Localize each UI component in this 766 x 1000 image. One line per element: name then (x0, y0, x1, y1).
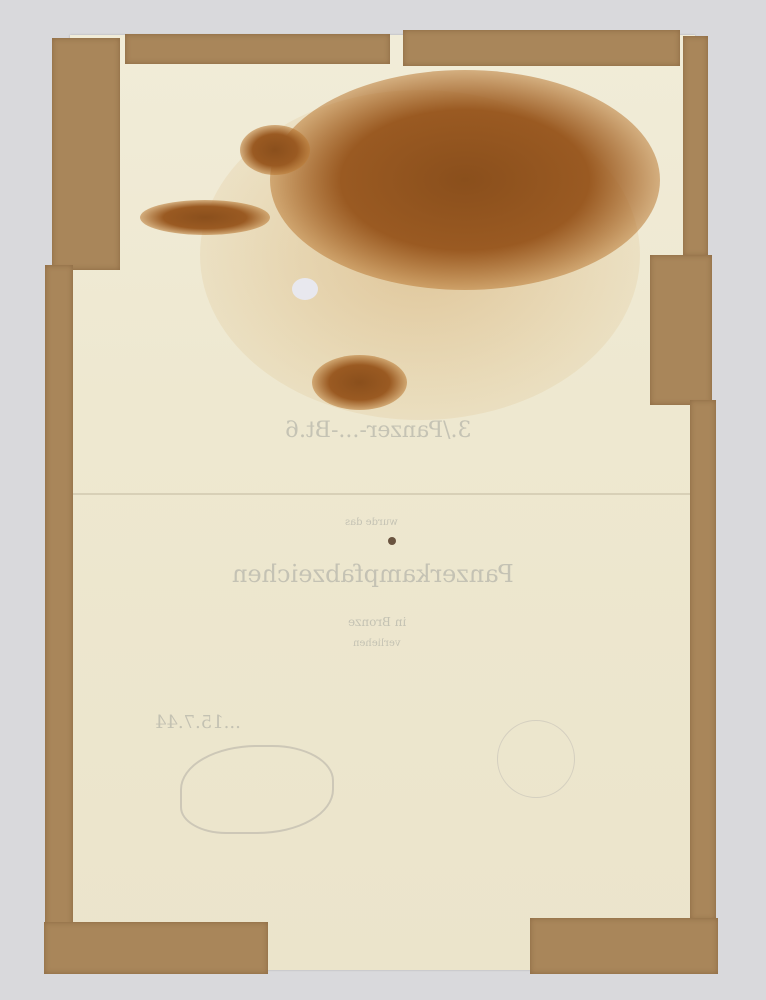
awarded-line: wurde das (345, 517, 398, 528)
tape-bottom-left (44, 922, 268, 974)
stain-left (140, 200, 270, 235)
hole (292, 278, 318, 300)
tape-right-top (683, 36, 708, 256)
tape-bottom-right (530, 918, 718, 974)
tape-right-lower (690, 400, 716, 920)
tape-left-lower (45, 265, 73, 965)
stain-small-top (240, 125, 310, 175)
award-title: Panzerkampfabzeichen (232, 560, 514, 588)
fold-line (70, 493, 695, 495)
unit-line: 3./Panzer-...-Bt.6 (285, 418, 471, 443)
punch-hole (388, 537, 396, 545)
tape-left-upper (52, 38, 120, 270)
tape-top-right (403, 30, 680, 66)
award-grade: in Bronze (348, 615, 406, 629)
seal-stamp (497, 720, 575, 798)
stain-main (270, 70, 660, 290)
tape-right-mid (650, 255, 712, 405)
date-line: ...15.7.44 (155, 712, 241, 733)
verb-line: verliehen (353, 638, 400, 649)
tape-top-left (125, 34, 390, 64)
signature (180, 745, 334, 834)
stain-lower (312, 355, 407, 410)
